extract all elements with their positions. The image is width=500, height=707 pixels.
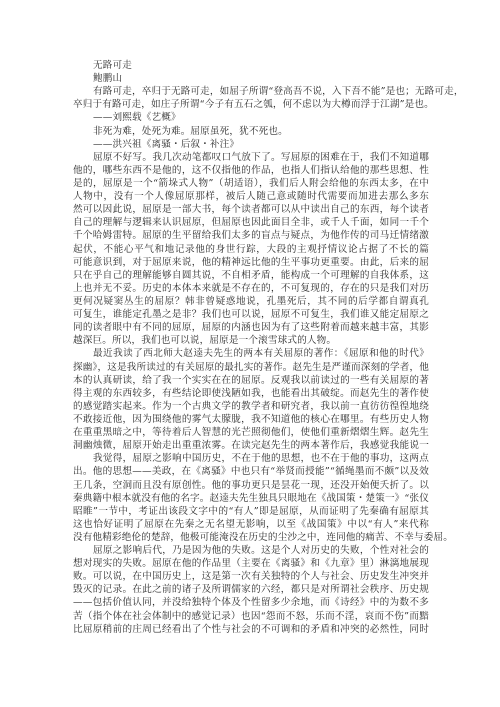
body-line: 探幽》，这是我所读过的有关屈原的最扎实的著作。赵先生是严谨而深刻的学者，他以对文 <box>73 361 429 374</box>
body-line: 是的，屈原是一个“箭垛式人物”（胡适语），我们后人附会给他的东西太多，在中国古代 <box>73 177 429 190</box>
body-line: 更何况疑窦丛生的屈原？韩非曾疑惑地说，孔墨死后，其不同的后学都自谓真孔墨，孔墨不 <box>73 295 429 308</box>
article-author: 鲍鹏山 <box>73 72 429 85</box>
body-line: 起伏，不能心平气和地记录他的身世行踪，大段的主观抒情议论占据了不长的篇幅。司马迁 <box>73 243 429 256</box>
body-line: 败。可以说，在中国历史上，这是第一次有关独特的个人与社会、历史发生冲突并遭致惨痛 <box>73 570 429 583</box>
body-line: 我觉得，屈原之影响中国历史，不在于他的思想，也不在于他的事功，这两点他都不突 <box>73 452 429 465</box>
body-line: 比屈原稍前的庄周已经看出了个性与社会的不可调和的矛盾和冲突的必然性，同时他也悲观 <box>73 623 429 636</box>
epigraph-2-line-1: 非死为难，处死为难。屈原虽死，犹不死也。 <box>73 125 429 138</box>
body-line: 毁灭的记录。在此之前的诸子及所谓儒家的六经，都只是对所谓社会秩序、历史规律的认知 <box>73 583 429 596</box>
body-line: 人物中，没有一个人像屈原那样，被后人随己意或随时代需要而加进去那么多东西。我们固 <box>73 190 429 203</box>
body-line: 自己的理解与逻辑来认识屈原，但屈原也因此面目全非，或千人千面，如同一千个读者的一 <box>73 216 429 229</box>
body-line: 可复生，谁能定孔墨之是非？我们也可以说，屈原不可复生，我们谁又能定屈原之是非？不 <box>73 308 429 321</box>
body-line: 秦典籍中根本就没有他的名字。赵逵夫先生独具只眼地在《战国策・楚策一》“张仪相秦谓 <box>73 492 429 505</box>
body-line: 昭睢”一节中，考证出该段文字中的“有人”即是屈原，从而证明了先秦确有屈原其人。但 <box>73 505 429 518</box>
epigraph-1-line-2: 卒归于有路可走，如庄子所谓“今子有五石之瓠，何不虑以为大樽而浮于江湖”是也。 <box>73 98 429 111</box>
body-line: 屈原不好写。我几次动笔都叹口气放下了。写屈原的困难在于，我们不知道哪些东西是 <box>73 151 429 164</box>
body-line: 越深巨。所以，我们也可以说，屈原是一个滚雪球式的人物。 <box>73 334 429 347</box>
body-line: 没有他精彩绝伦的楚辞，他极可能淹没在历史的尘沙之中，连同他的痛苦、不幸与委屈。 <box>73 531 429 544</box>
body-line: 这也恰好证明了屈原在先秦之无名望无影响，以至《战国策》中以“有人”来代称他。如果 <box>73 518 429 531</box>
epigraph-2-source: ——洪兴祖《离骚・后叙・补注》 <box>73 138 429 151</box>
body-line: 屈原之影响后代，乃是因为他的失败。这是个人对历史的失败，个性对社会的失败，理 <box>73 544 429 557</box>
body-line: 出。他的思想——美政，在《离骚》中也只有“举贤而授能”“循绳墨而不颇”以及效法先 <box>73 465 429 478</box>
body-line: 想对现实的失败。屈原在他的作品里（主要在《离骚》和《九章》里）淋漓地展现了这种失 <box>73 557 429 570</box>
document-page: 无路可走 鲍鹏山 有路可走，卒归于无路可走，如屈子所谓“登高吾不说，入下吾不能”… <box>0 0 500 707</box>
article-body: 无路可走 鲍鹏山 有路可走，卒归于无路可走，如屈子所谓“登高吾不说，入下吾不能”… <box>73 59 429 636</box>
body-line: 他的，哪些东西不是他的，这不仅指他的作品，也指人们指认给他的那些思想、性情、性格… <box>73 164 429 177</box>
body-line: 苦（指个体在社会体制中的感觉记录）也因“怨而不怒，乐而不淫，哀而不伤”而黯淡无光… <box>73 610 429 623</box>
body-line: 最近我读了西北师大赵逵夫先生的两本有关屈原的著作：《屈原和他的时代》和《屈骚 <box>73 347 429 360</box>
body-line: 本的认真研读，给了我一个实实在在的屈原。反观我以前读过的一些有关屈原的著作，总觉 <box>73 374 429 387</box>
body-line: 上也并无不妥。历史的本体本来就是不存在的，不可复现的，存在的只是我们对历史的认识… <box>73 282 429 295</box>
body-line: 在重重黑暗之中，等待着后人智慧的光芒照彻他们，使他们重新熠熠生辉。赵先生的两本书… <box>73 426 429 439</box>
body-line: 然可以因此说，屈原是一部大书，每个读者都可以从中读出自己的东西，每个读者都可以按 <box>73 203 429 216</box>
body-line: 只在乎自己的理解能够自圆其说，不自相矛盾，能构成一个可理解的自我体系，这样做事实 <box>73 269 429 282</box>
epigraph-1-line-1: 有路可走，卒归于无路可走，如屈子所谓“登高吾不说，入下吾不能”是也；无路可走， <box>73 85 429 98</box>
body-line: 不敢接近他，因为围绕他的雾气太朦胧，我不知道他的核心在哪里。有些历史人物往往隐身 <box>73 413 429 426</box>
body-line: ——包括价值认同，并没给独特个体及个性留多少余地，而《诗经》中的为数不多的个性痛 <box>73 596 429 609</box>
body-line: 的感觉踏实起来。作为一个古典文学的教学者和研究者，我以前一直彷彷徨徨地绕开屈原， <box>73 400 429 413</box>
body-line: 同的读者眼中有不同的屈原，屈原的内涵也因为有了这些附着而越来越丰富，其影响也越来 <box>73 321 429 334</box>
body-line: 王几条，空洞而且没有原创性。他的事功更只是昙花一现，还没开始便夭折了。以至于在先 <box>73 479 429 492</box>
body-line: 得主观的东西较多，有些结论即使浅陋如我，也能看出其破绽。而赵先生的著作使我对屈原 <box>73 387 429 400</box>
body-line: 可能意识到，对于屈原来说，他的精神远比他的生平事功更重要。由此，后来的屈原研读者 <box>73 256 429 269</box>
body-line: 千个哈姆雷特。屈原的生平留给我们太多的盲点与疑点，为他作传的司马迁情绪激动，心潮 <box>73 229 429 242</box>
article-title: 无路可走 <box>73 59 429 72</box>
body-line: 洞幽烛微，屈原开始走出重重浓雾。在读完赵先生的两本著作后，我感觉我能说一些话了。 <box>73 439 429 452</box>
epigraph-1-source: ——刘熙载《艺概》 <box>73 111 429 124</box>
